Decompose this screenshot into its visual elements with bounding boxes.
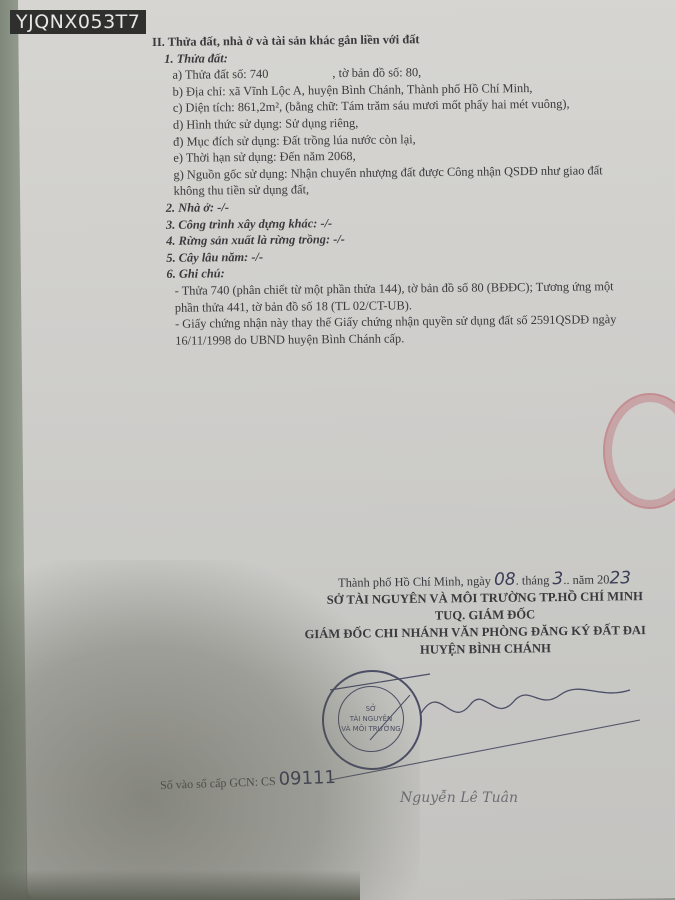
signature-block: Thành phố Hồ Chí Minh, ngày 08. tháng 3.… [284,568,675,661]
signer-name: Nguyễn Lê Tuân [400,790,518,806]
watermark-label: YJQNX053T7 [10,10,146,34]
handwritten-signature [300,670,660,790]
issue-year-suffix: 23 [609,568,631,588]
issue-month: 3 [552,569,563,589]
gcn-number: 09111 [278,767,336,790]
document-body: II. Thửa đất, nhà ở và tài sản khác gắn … [152,29,665,350]
parcel-number: a) Thửa đất số: 740 [172,67,268,82]
map-sheet-number: , tờ bản đồ số: 80, [332,65,421,80]
issue-day: 08 [494,570,516,590]
table-edge [0,870,360,900]
